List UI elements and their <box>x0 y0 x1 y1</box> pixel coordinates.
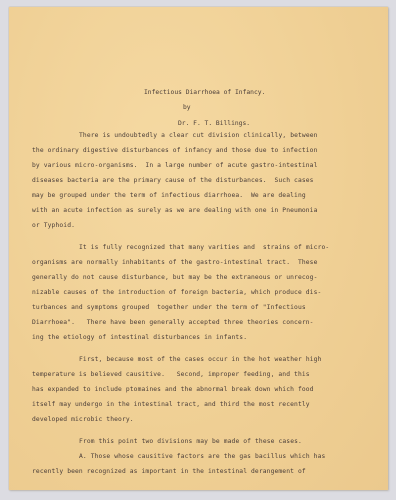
text-line: It is fully recognized that many varitie… <box>79 240 329 255</box>
text-line: ing the etiology of intestinal disturban… <box>32 330 247 345</box>
text-line: may be grouped under the term of infecti… <box>32 188 306 203</box>
text-line: First, because most of the cases occur i… <box>79 352 322 367</box>
text-line: developed microbic theory. <box>32 412 134 427</box>
text-line: turbances and symptoms grouped together … <box>32 300 306 315</box>
document-title: Infectious Diarrhoea of Infancy. <box>144 89 265 96</box>
text-line: temperature is believed causitive. Secon… <box>32 367 310 382</box>
text-line: From this point two divisions may be mad… <box>79 434 302 449</box>
text-line: the ordinary digestive disturbances of i… <box>32 143 318 158</box>
text-line: or Typhoid. <box>32 218 75 233</box>
text-line: itself may undergo in the intestinal tra… <box>32 397 310 412</box>
text-line: organisms are normally inhabitants of th… <box>32 255 318 270</box>
text-line: diseases bacteria are the primary cause … <box>32 173 314 188</box>
typewritten-page: Infectious Diarrhoea of Infancy. by Dr. … <box>9 7 388 490</box>
text-line: by various micro-organisms. In a large n… <box>32 158 318 173</box>
author: Dr. F. T. Billings. <box>178 120 250 127</box>
text-line: Diarrhoea". There have been generally ac… <box>32 315 314 330</box>
text-line: generally do not cause disturbance, but … <box>32 270 318 285</box>
text-line: with an acute infection as surely as we … <box>32 203 318 218</box>
text-line: There is undoubtedly a clear cut divisio… <box>79 128 318 143</box>
byline: by <box>183 104 191 111</box>
text-line: has expanded to include ptomaines and th… <box>32 382 314 397</box>
text-line: recently been recognized as important in… <box>32 464 306 479</box>
text-line: A. Those whose causitive factors are the… <box>79 449 325 464</box>
text-line: nizable causes of the introduction of fo… <box>32 285 321 300</box>
